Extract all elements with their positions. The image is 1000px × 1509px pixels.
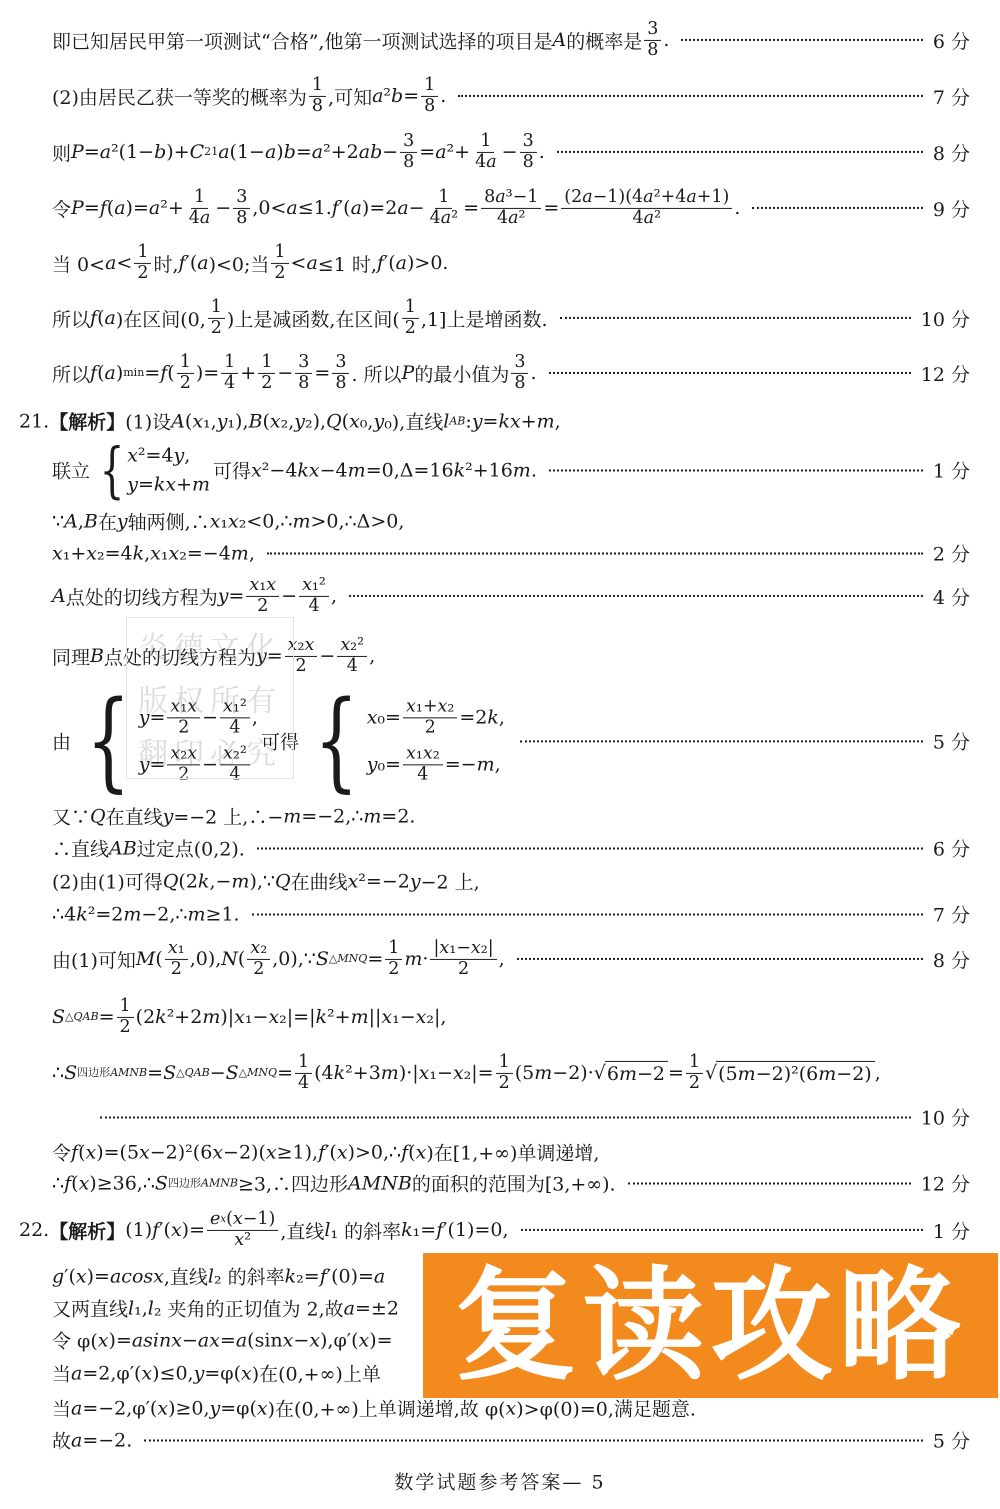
math-text: S△QAB=12(2k²+2m)|x₁−x₂|=|k²+m||x₁−x₂|, <box>52 997 446 1037</box>
dotted-leader <box>681 39 922 41</box>
solution-line-18: ∴4k²=2m−2,∴m≥1.7 分 <box>52 901 970 928</box>
score-label: 12 分 <box>921 360 970 387</box>
fraction: 38 <box>400 132 417 172</box>
math-text: 同理 B 点处的切线方程为 y=x₂x2−x₂²4, <box>52 636 375 676</box>
solution-line-13: 同理 B 点处的切线方程为 y=x₂x2−x₂²4, <box>52 636 970 676</box>
fraction: 12 <box>208 298 225 338</box>
fraction: 12 <box>496 1053 513 1093</box>
fraction: 38 <box>295 353 312 393</box>
math-text: 联立{x²=4y,y=kx+m 可得 x²−4kx−4m=0,Δ=16k²+16… <box>52 445 537 496</box>
fraction: x₂²4 <box>220 745 250 785</box>
math-text: (2)由居民乙获一等奖的概率为 18,可知 a²b=18. <box>52 76 446 116</box>
solution-line-20: S△QAB=12(2k²+2m)|x₁−x₂|=|k²+m||x₁−x₂|, <box>52 997 970 1037</box>
fraction: 18 <box>421 76 438 116</box>
dotted-leader <box>549 372 911 374</box>
fraction: 38 <box>644 20 661 60</box>
fraction: 14a <box>472 132 500 172</box>
solution-line-11: x₁+x₂=4k,x₁x₂=−4m,2 分 <box>52 540 970 567</box>
score-label: 1 分 <box>933 457 970 484</box>
fraction: 38 <box>511 353 528 393</box>
fraction: 12 <box>385 939 402 979</box>
math-text: (2)由(1)可得 Q(2k,−m),∵Q 在曲线 x²=−2y−2 上, <box>52 868 480 895</box>
dotted-leader <box>628 1182 911 1184</box>
dotted-leader <box>521 1229 923 1231</box>
score-label: 5 分 <box>933 1427 970 1454</box>
fraction: 12 <box>271 243 288 283</box>
math-text: 当 0<a<12 时,f′(a)<0;当 12<a≤1 时,f′(a)>0. <box>52 243 448 283</box>
dotted-leader <box>557 151 923 153</box>
fraction: |x₁−x₂|2 <box>430 939 496 979</box>
score-label: 8 分 <box>933 139 970 166</box>
math-text: x₁+x₂=4k,x₁x₂=−4m, <box>52 542 255 564</box>
dotted-leader <box>517 958 923 960</box>
fraction: 14 <box>295 1053 312 1093</box>
dotted-leader <box>144 1439 923 1441</box>
fraction: 12 <box>177 353 194 393</box>
score-label: 6 分 <box>933 835 970 862</box>
fraction: x₁2 <box>165 939 188 979</box>
dotted-leader <box>752 207 922 209</box>
solution-line-30: 当 a=−2,φ′(x)≥0,y=φ(x)在(0,+∞)上单调递增,故 φ(x)… <box>52 1395 970 1422</box>
math-text: ∵A,B 在 y 轴两侧,∴x₁x₂<0,∴m>0,∴Δ>0, <box>52 508 404 535</box>
fraction: 14 <box>221 353 238 393</box>
solution-line-19: 由(1)可知 M(x₁2,0),N(x₂2,0),∵S△MNQ=12m·|x₁−… <box>52 939 970 979</box>
equation-system: {x²=4y,y=kx+m <box>93 445 210 496</box>
fraction: x₂²4 <box>337 636 367 676</box>
fraction: x₁x₂4 <box>403 745 443 785</box>
math-text: 又∵Q 在直线 y=−2 上,∴−m=−2,∴m=2. <box>52 803 415 830</box>
dotted-leader <box>560 317 911 319</box>
equation-system: {x₀=x₁+x₂2=2k,y₀=x₁x₂4=−m, <box>302 697 505 784</box>
dotted-leader <box>549 469 923 471</box>
solution-line-5: 当 0<a<12 时,f′(a)<0;当 12<a≤1 时,f′(a)>0. <box>52 243 970 283</box>
math-text: 令 φ(x)=asin x−ax=a(sin x−x),φ′(x)= <box>52 1327 393 1354</box>
fraction: 12 <box>117 997 134 1037</box>
radical: √6m−2 <box>594 1061 668 1085</box>
fraction: 12 <box>134 243 151 283</box>
solution-line-16: ∴直线 AB 过定点(0,2).6 分 <box>52 835 970 862</box>
score-label: 8 分 <box>933 946 970 973</box>
fraction: 18 <box>309 76 326 116</box>
ad-banner-text: 复读攻略 <box>455 1265 967 1387</box>
dotted-leader <box>252 913 923 915</box>
solution-line-22: 10 分 <box>88 1104 970 1131</box>
math-text: 由{y=x₁x2−x₁²4,y=x₂x2−x₂²4可得{x₀=x₁+x₂2=2k… <box>52 697 508 784</box>
solution-line-10: ∵A,B 在 y 轴两侧,∴x₁x₂<0,∴m>0,∴Δ>0, <box>52 508 970 535</box>
math-text: g′(x)=acos x,直线 l₂ 的斜率 k₂=f′(0)=a <box>52 1263 385 1290</box>
fraction: 12 <box>258 353 275 393</box>
math-text: 由(1)可知 M(x₁2,0),N(x₂2,0),∵S△MNQ=12m·|x₁−… <box>52 939 505 979</box>
score-label: 9 分 <box>933 195 970 222</box>
solution-line-3: 则 P=a²(1−b)+C21a(1−a)b=a²+2ab−38=a²+14a−… <box>52 132 970 172</box>
fraction: (2a−1)(4a²+4a+1)4a² <box>561 188 732 228</box>
math-text: 当 a=−2,φ′(x)≥0,y=φ(x)在(0,+∞)上单调递增,故 φ(x)… <box>52 1395 696 1422</box>
score-label: 4 分 <box>933 583 970 610</box>
fraction: x₁x2 <box>167 697 200 737</box>
solution-line-12: A 点处的切线方程为 y=x₁x2−x₁²4,4 分 <box>52 576 970 616</box>
fraction: x₂x2 <box>285 636 318 676</box>
score-label: 10 分 <box>921 1104 970 1131</box>
solution-line-6: 所以 f(a)在区间(0,12)上是减函数,在区间(12,1]上是增函数.10 … <box>52 298 970 338</box>
fraction: x₂x2 <box>167 745 200 785</box>
score-label: 10 分 <box>921 305 970 332</box>
score-label: 1 分 <box>933 1217 970 1244</box>
math-text: 令 f(x)=(5x−2)²(6x−2)(x≥1),f′(x)>0,∴f(x)在… <box>52 1139 599 1166</box>
dotted-leader <box>349 595 923 597</box>
fraction: x₁x2 <box>246 576 279 616</box>
math-text: 故 a=−2. <box>52 1427 132 1454</box>
solution-line-2: (2)由居民乙获一等奖的概率为 18,可知 a²b=18.7 分 <box>52 76 970 116</box>
math-text: 所以 f(a)在区间(0,12)上是减函数,在区间(12,1]上是增函数. <box>52 298 548 338</box>
dotted-leader <box>267 552 923 554</box>
math-text: 22.【解析】(1)f′(x)=ex(x−1)x²,直线 l₁ 的斜率 k₁=f… <box>19 1210 509 1250</box>
fraction: 38 <box>520 132 537 172</box>
score-label: 7 分 <box>933 901 970 928</box>
equation-system: {y=x₁x2−x₁²4,y=x₂x2−x₂²4 <box>74 697 258 784</box>
solution-line-25: 22.【解析】(1)f′(x)=ex(x−1)x²,直线 l₁ 的斜率 k₁=f… <box>19 1210 970 1250</box>
math-text: 令 P=f(a)=a²+14a−38,0<a≤1. f′(a)=2a−14a²=… <box>52 188 740 228</box>
math-text: ∴4k²=2m−2,∴m≥1. <box>52 903 240 925</box>
fraction: x₂2 <box>247 939 270 979</box>
math-text: 所以 f(a)min=f(12)=14+12−38=38. 所以 P 的最小值为… <box>52 353 537 393</box>
solution-line-14: 由{y=x₁x2−x₁²4,y=x₂x2−x₂²4可得{x₀=x₁+x₂2=2k… <box>52 697 970 784</box>
solution-line-7: 所以 f(a)min=f(12)=14+12−38=38. 所以 P 的最小值为… <box>52 353 970 393</box>
fraction: 8a³−14a² <box>481 188 541 228</box>
score-label: 12 分 <box>921 1170 970 1197</box>
solution-line-15: 又∵Q 在直线 y=−2 上,∴−m=−2,∴m=2. <box>52 803 970 830</box>
answer-sheet-page: 即已知居民甲第一项测试“合格”,他第一项测试选择的项目是 A 的概率是 38.6… <box>0 0 1000 1509</box>
solution-line-21: ∴S四边形AMNB=S△QAB−S△MNQ=14(4k²+3m)·|x₁−x₂|… <box>52 1053 970 1093</box>
solution-line-8: 21.【解析】(1)设 A(x₁,y₁),B(x₂,y₂),Q(x₀,y₀),直… <box>19 408 970 435</box>
solution-line-17: (2)由(1)可得 Q(2k,−m),∵Q 在曲线 x²=−2y−2 上, <box>52 868 970 895</box>
score-label: 5 分 <box>933 728 970 755</box>
solution-line-23: 令 f(x)=(5x−2)²(6x−2)(x≥1),f′(x)>0,∴f(x)在… <box>52 1139 970 1166</box>
fraction: x₁+x₂2 <box>403 697 457 737</box>
ad-banner: 复读攻略 <box>423 1253 998 1398</box>
math-text: 21.【解析】(1)设 A(x₁,y₁),B(x₂,y₂),Q(x₀,y₀),直… <box>19 408 561 435</box>
score-label: 2 分 <box>933 540 970 567</box>
fraction: 38 <box>233 188 250 228</box>
fraction: x₁²4 <box>299 576 329 616</box>
math-text: 即已知居民甲第一项测试“合格”,他第一项测试选择的项目是 A 的概率是 38. <box>52 20 669 60</box>
solution-line-24: ∴f(x)≥36,∴S四边形AMNB≥3,∴四边形 AMNB 的面积的范围为[3… <box>52 1170 970 1197</box>
radical: √(5m−2)²(6m−2) <box>705 1061 875 1085</box>
math-text: ∴f(x)≥36,∴S四边形AMNB≥3,∴四边形 AMNB 的面积的范围为[3… <box>52 1170 616 1197</box>
score-label: 6 分 <box>933 27 970 54</box>
fraction: 12 <box>686 1053 703 1093</box>
dotted-leader <box>458 95 923 97</box>
math-text: A 点处的切线方程为 y=x₁x2−x₁²4, <box>52 576 337 616</box>
fraction: 14a² <box>427 188 462 228</box>
dotted-leader <box>520 740 923 742</box>
solution-line-4: 令 P=f(a)=a²+14a−38,0<a≤1. f′(a)=2a−14a²=… <box>52 188 970 228</box>
fraction: 38 <box>332 353 349 393</box>
math-text: 则 P=a²(1−b)+C21a(1−a)b=a²+2ab−38=a²+14a−… <box>52 132 545 172</box>
solution-line-31: 故 a=−2.5 分 <box>52 1427 970 1454</box>
dotted-leader <box>100 1116 911 1118</box>
math-text: 又两直线 l₁,l₂ 夹角的正切值为 2,故 a=±2 <box>52 1295 399 1322</box>
math-text: ∴S四边形AMNB=S△QAB−S△MNQ=14(4k²+3m)·|x₁−x₂|… <box>52 1053 881 1093</box>
fraction: 12 <box>402 298 419 338</box>
page-footer: 数学试题参考答案— 5 <box>0 1468 1000 1495</box>
math-text: 当 a=2,φ′(x)≤0,y=φ(x)在(0,+∞)上单 <box>52 1360 381 1387</box>
fraction: x₁²4 <box>220 697 250 737</box>
fraction: ex(x−1)x² <box>207 1210 278 1250</box>
solution-line-9: 联立{x²=4y,y=kx+m 可得 x²−4kx−4m=0,Δ=16k²+16… <box>52 445 970 496</box>
solution-line-1: 即已知居民甲第一项测试“合格”,他第一项测试选择的项目是 A 的概率是 38.6… <box>52 20 970 60</box>
score-label: 7 分 <box>933 83 970 110</box>
fraction: 14a <box>186 188 214 228</box>
math-text: ∴直线 AB 过定点(0,2). <box>52 835 245 862</box>
dotted-leader <box>257 847 923 849</box>
